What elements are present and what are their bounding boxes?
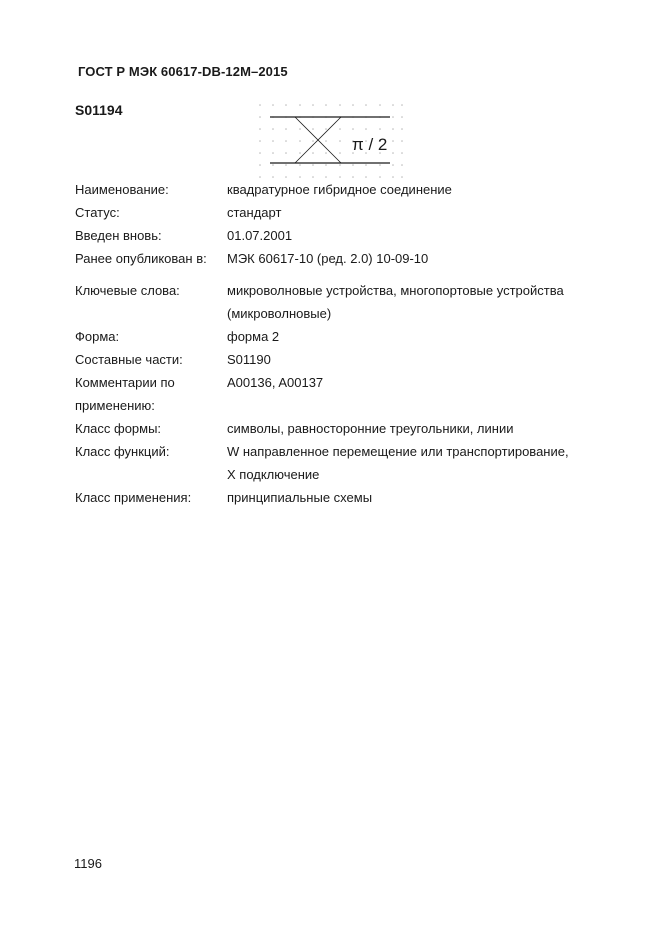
field-row-function-class: Класс функций: W направленное перемещени…: [75, 440, 615, 486]
page-number: 1196: [74, 856, 102, 871]
field-label: Класс применения:: [75, 486, 227, 509]
field-row-keywords: Ключевые слова: микроволновые устройства…: [75, 279, 615, 325]
field-label: Ключевые слова:: [75, 279, 227, 325]
field-row-application-notes: Комментарии по применению: A00136, A0013…: [75, 371, 615, 417]
field-value: форма 2: [227, 325, 615, 348]
field-row-previously-published: Ранее опубликован в: МЭК 60617-10 (ред. …: [75, 247, 615, 270]
field-value: символы, равносторонние треугольники, ли…: [227, 417, 615, 440]
field-value: МЭК 60617-10 (ред. 2.0) 10-09-10: [227, 247, 615, 270]
field-row-introduced: Введен вновь: 01.07.2001: [75, 224, 615, 247]
quadrature-hybrid-icon: π / 2: [256, 100, 406, 180]
symbol-id: S01194: [75, 102, 123, 118]
field-value-line: W направленное перемещение или транспорт…: [227, 440, 615, 463]
field-value-line: (микроволновые): [227, 302, 615, 325]
field-value: квадратурное гибридное соединение: [227, 178, 615, 201]
field-label: Наименование:: [75, 178, 227, 201]
field-row-form: Форма: форма 2: [75, 325, 615, 348]
field-value-line: X подключение: [227, 463, 615, 486]
field-label: Форма:: [75, 325, 227, 348]
field-label: Ранее опубликован в:: [75, 247, 227, 270]
field-row-name: Наименование: квадратурное гибридное сое…: [75, 178, 615, 201]
field-row-shape-class: Класс формы: символы, равносторонние тре…: [75, 417, 615, 440]
field-label-line: Комментарии по: [75, 371, 227, 394]
quadrature-hybrid-symbol-figure: π / 2: [256, 100, 406, 180]
field-label: Статус:: [75, 201, 227, 224]
field-row-status: Статус: стандарт: [75, 201, 615, 224]
field-value: стандарт: [227, 201, 615, 224]
field-row-application-class: Класс применения: принципиальные схемы: [75, 486, 615, 509]
field-label: Класс формы:: [75, 417, 227, 440]
field-value: 01.07.2001: [227, 224, 615, 247]
document-standard-title: ГОСТ Р МЭК 60617-DB-12M–2015: [78, 64, 288, 79]
field-label: Класс функций:: [75, 440, 227, 486]
field-value: A00136, A00137: [227, 371, 615, 417]
field-value: S01190: [227, 348, 615, 371]
field-row-components: Составные части: S01190: [75, 348, 615, 371]
phase-label: π / 2: [352, 135, 387, 154]
field-label: Комментарии по применению:: [75, 371, 227, 417]
field-value-line: микроволновые устройства, многопортовые …: [227, 279, 615, 302]
field-value: принципиальные схемы: [227, 486, 615, 509]
symbol-attributes: Наименование: квадратурное гибридное сое…: [75, 178, 615, 509]
field-label-line: применению:: [75, 394, 227, 417]
field-value: микроволновые устройства, многопортовые …: [227, 279, 615, 325]
field-value: W направленное перемещение или транспорт…: [227, 440, 615, 486]
field-label: Составные части:: [75, 348, 227, 371]
field-label: Введен вновь:: [75, 224, 227, 247]
